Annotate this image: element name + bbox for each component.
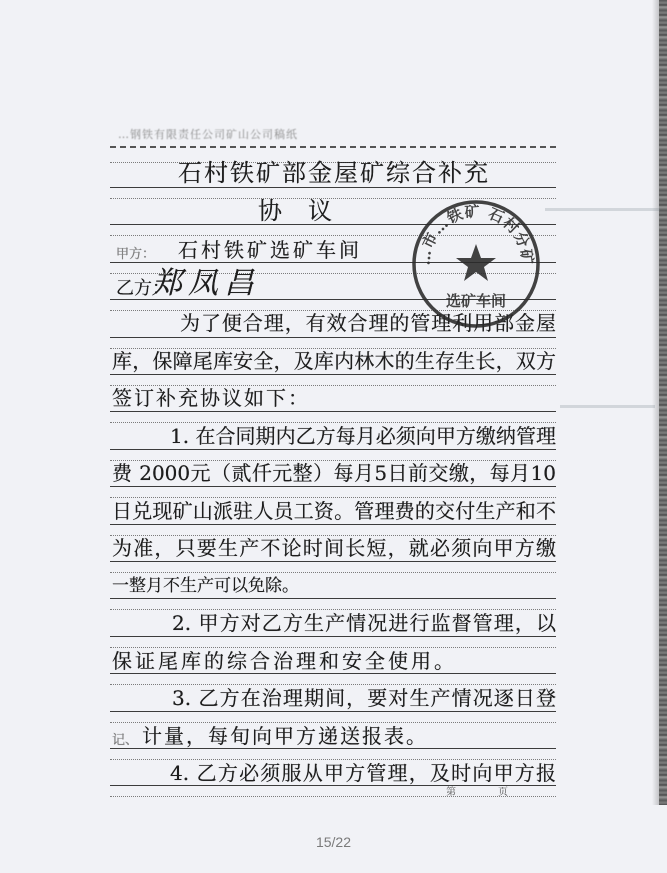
ruled-line	[110, 187, 556, 188]
clause-1-line: 为准，只要生产不论时间长短，就必须向甲方缴纳。	[112, 536, 556, 560]
ruled-line	[110, 722, 556, 723]
ruled-line	[110, 647, 556, 648]
margin-note: 记、	[112, 729, 138, 753]
ruled-line	[110, 422, 556, 423]
ruled-line	[110, 572, 556, 573]
ruled-line	[110, 497, 556, 498]
party-a-label: 甲方：	[116, 243, 155, 267]
clause-1-line: 日兑现矿山派驻人员工资。管理费的交付生产和不生产	[112, 499, 556, 523]
ruled-line	[110, 748, 556, 749]
party-a-name: 石村铁矿选矿车间	[178, 238, 362, 262]
clause-1-line: 费 2000元（贰仟元整）每月5日前交缴，每月10	[112, 461, 556, 485]
ruled-line	[110, 711, 556, 712]
document-title: 石村铁矿部金屋矿综合补充	[178, 159, 490, 187]
ruled-line	[110, 449, 556, 450]
ruled-line	[110, 609, 556, 610]
page-label-right: 页	[498, 783, 508, 798]
clause-2-line: 保证尾库的综合治理和安全使用。	[112, 649, 457, 673]
scan-streak	[560, 405, 655, 408]
clause-3-line: 3. 乙方在治理期间，要对生产情况逐日登	[172, 686, 556, 710]
ruled-line	[110, 796, 556, 797]
ruled-line	[110, 785, 556, 786]
ruled-line	[110, 146, 556, 148]
letterhead: …钢铁有限责任公司矿山公司稿纸	[118, 126, 298, 142]
ruled-line	[110, 636, 556, 637]
scan-streak	[545, 208, 660, 211]
ruled-line	[110, 673, 556, 674]
clause-3-line: 计量，每旬向甲方递送报表。	[142, 724, 428, 748]
ruled-line	[110, 598, 556, 599]
ruled-line	[110, 759, 556, 760]
body-line: 签订补充协议如下：	[112, 386, 310, 410]
page-indicator: 15/22	[0, 834, 667, 850]
ruled-line	[110, 337, 556, 338]
star-icon	[456, 244, 496, 281]
ruled-line	[110, 524, 556, 525]
clause-4-line: 4. 乙方必须服从甲方管理，及时向甲方报	[170, 761, 556, 785]
official-seal: …市…铁矿 石村分矿 选矿车间	[410, 198, 542, 330]
body-line: 库，保障尾库安全，及库内林木的生存生长，双方特	[112, 349, 556, 373]
clause-1-line: 一整月不生产可以免除。	[112, 574, 299, 598]
ruled-line	[110, 374, 556, 375]
ruled-line	[110, 411, 556, 412]
ruled-line	[110, 684, 556, 685]
seal-bottom-text: 选矿车间	[446, 292, 506, 310]
clause-2-line: 2. 甲方对乙方生产情况进行监督管理，以便	[172, 611, 556, 635]
document-subtitle: 协议	[258, 197, 358, 225]
clause-1-line: 1. 在合同期内乙方每月必须向甲方缴纳管理	[170, 424, 556, 448]
page-label-left: 第	[446, 783, 456, 798]
ruled-line	[110, 486, 556, 487]
ruled-line	[110, 561, 556, 562]
scan-edge-shadow	[652, 0, 659, 805]
party-b-signature: 郑凤昌	[152, 268, 260, 300]
scan-edge	[659, 0, 667, 805]
